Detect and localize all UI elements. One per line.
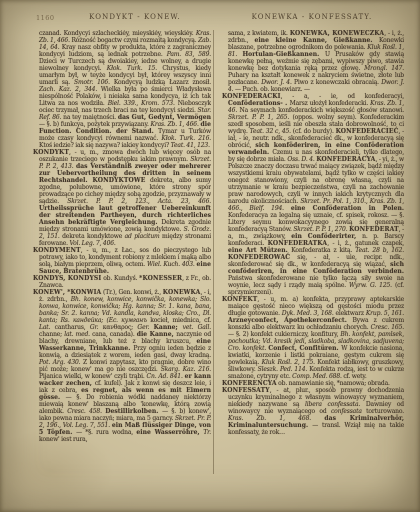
citation: Oss. D. 4. (287, 156, 316, 163)
citation: Dwor. J. 4. (261, 79, 294, 86)
body-text: Na seymach konfederackich większość głos… (239, 107, 404, 114)
citation: Tr. (203, 429, 211, 436)
dictionary-paragraph: KONEW', *KONWIA (Tr.), Gen. konwi, ż., K… (39, 289, 211, 443)
body-text: Konfederatka z kitą. (291, 247, 355, 254)
german-gloss: die Kanne, (137, 331, 177, 338)
citation: Krup. 5, 161. (366, 310, 404, 317)
dictionary-paragraph: KONFERENCYA ob. namawianie się, *namowa;… (228, 380, 404, 387)
body-text: channe; (39, 331, 64, 338)
body-text: Marsz ułożył konfederacki. (290, 100, 370, 107)
citation: Smotr. 106. (74, 79, 114, 86)
body-text: konew' iest rura, (39, 436, 87, 443)
body-text: sama, z kwiatem, ik. (228, 30, 290, 37)
citation: Wiel. Kuch. 403. (147, 261, 197, 268)
headword: KONFERENCYA (222, 380, 277, 387)
citation: Gr. (90, 324, 103, 331)
citation: lat. med. (64, 331, 92, 338)
citation: Wyrw. G. 125. (349, 282, 395, 289)
german-gloss: das Gut, Gedynt, Vermögen (118, 114, 211, 121)
german-gloss: eine Art Mützen. (228, 247, 291, 254)
body-text: Różność bogactw czyni rozmaitą kondycyą. (71, 37, 198, 44)
german-gloss: Arzneyconfect, Apothekerconfect. (228, 317, 353, 324)
headword: KONDYS, KONDYSI (33, 275, 101, 282)
headword: KONFEDERAT (349, 226, 399, 233)
body-text: elektwarz (335, 310, 365, 317)
headword: KONDYKT (33, 149, 69, 156)
citation: Sleszk. Ped. 114. (258, 366, 310, 373)
citation: Kłok. Turk. 216. (161, 135, 211, 142)
citation: Lat. (39, 324, 55, 331)
citation: Teat. 41, 123. (171, 142, 210, 149)
headword: KONFEDEROWAĆ (228, 254, 290, 261)
headword: KONFEDERACIEĆ (336, 128, 399, 135)
german-gloss: eine Conföderation in Polen. (291, 205, 404, 212)
citation: Skrzet. P. P. 1, 270. (293, 226, 349, 233)
citation: Cresc. 165. (371, 324, 404, 331)
citation: Kras. Zb. 1, 466. (151, 121, 201, 128)
citation: Teat. 28 b, 162. (355, 247, 404, 254)
body-text: dekreta kondyktowe (62, 233, 125, 240)
citation: Kłok. Turk. 15. (107, 65, 163, 72)
headword: KONFEDERATKA (268, 240, 328, 247)
page-header: 1160 KONDYKT - KONEW. KONEWKA - KONFESSA… (0, 13, 420, 25)
body-text: Kondycyą ludzką Łazarz znosił. (114, 79, 211, 86)
german-gloss: ein Conföderirter, (291, 233, 362, 240)
german-gloss: Destillirkolben. (105, 408, 162, 415)
dictionary-paragraph: KONDYKT, - u, m., zmowa dwóch lub więcey… (39, 149, 211, 247)
citation: Skrzet. P. P. 1, 265. (228, 114, 292, 121)
citation: Kluk Rośl. 2, 175. (262, 359, 318, 366)
german-gloss: Confect, Confitüren. (268, 345, 341, 352)
german-gloss: eine kleine Kanne, Gießkanne. (254, 37, 379, 44)
dictionary-paragraph: sama, z kwiatem, ik. KONEWKA, KONEWECZKA… (228, 30, 404, 93)
citation: Skarg. Kaz. 216. (161, 366, 211, 373)
body-text: κανθαρος; (103, 324, 138, 331)
german-gloss: Hortulan-Gießkannen. (242, 51, 325, 58)
body-text: ob. namawianie się, *namowa; obrada. (277, 380, 390, 387)
citation: libera confessata. (305, 401, 366, 408)
body-text: , - i, ż., gatunek czapek, (327, 240, 404, 247)
citation: Vol. Leg. 7, 406. (70, 240, 116, 247)
headword: KONFEKT (222, 296, 257, 303)
citation: Teat. 32 c, 45. (250, 128, 293, 135)
citation: Skrzet. P. P. 2, 123., Acta. 23, 466. (67, 198, 211, 205)
citation: Pot. Arg. 430. (39, 359, 83, 366)
headword: KONFEDERACKI (222, 93, 281, 100)
citation: confessata (331, 408, 366, 415)
left-column: czanad. Kondycyi szlacheckiéy, mieyskiéy… (33, 30, 211, 480)
citation: vet. Gall. (183, 324, 211, 331)
headword: KONDYKTOWE (93, 177, 146, 184)
headword: KONEWKA (163, 289, 201, 296)
dictionary-paragraph: KONFEKT, - u, m. a) konfekta, przyprawy … (228, 296, 404, 380)
body-text: — §. b) funkcya, pożytek przywiązany. (39, 121, 151, 128)
citation: Cn. Ad. 841. (147, 373, 185, 380)
citation: Zach. Kaz. 2, 344. (39, 86, 101, 93)
body-text: Pijanica wielki, w konew' czyli trąbi. (39, 373, 147, 380)
body-text: cana, canada). (92, 331, 137, 338)
body-text: kocieł, miednica, cf. (150, 317, 211, 324)
dictionary-paragraph: KONFEDERACKI, - a, - ie, od konfederacyi… (228, 93, 404, 296)
body-text: ob. Kundyś. (101, 275, 139, 282)
page-number: 1160 (36, 14, 55, 22)
body-text: torturowano. (366, 408, 404, 415)
citation: Kras. Zb. 1, 468. (228, 415, 324, 422)
citation: Ger. (137, 324, 153, 331)
body-text: , - a, - ie, od konfederacyi, (281, 93, 404, 100)
citation: Mrongl. 147. (364, 65, 404, 72)
dictionary-paragraph: KONDYMENT, - u, m., z Łac., sos do piecz… (39, 247, 211, 275)
german-gloss: eine Wasserröhre, (136, 429, 203, 436)
citation: Pam. 83, 589. (167, 51, 211, 58)
dictionary-paragraph: KONDYS, KONDYSI ob. Kundyś. *KONESSER, z… (39, 275, 211, 289)
citation: Comp. Med. 688. (292, 373, 343, 380)
body-text: — §. 2) konfekt cukierniczy, konfitury, (228, 331, 340, 338)
running-head-right: KONEWKA - KONFESSATY. (232, 13, 392, 21)
body-text: — Puch. ob. konewiarz. — (235, 86, 310, 93)
headword: *KONESSER (139, 275, 182, 282)
running-head-left: KONDYKT - KONEW. (60, 13, 210, 21)
citation: ad placitum (125, 233, 162, 240)
body-text: (cf. do burdy). (293, 128, 336, 135)
headword: KONEW', *KONWIA (33, 289, 101, 296)
dictionary-paragraph: czanad. Kondycyi szlacheckiéy, mieyskiéy… (39, 30, 211, 149)
body-text: cantharus, (55, 324, 90, 331)
body-text: czanad. Kondycyi szlacheckiéy, mieyskiéy… (39, 30, 196, 37)
headword: KONDYMENT (33, 247, 81, 254)
headword: KONEWKA, KONEWECZKA (290, 30, 384, 37)
column-divider (213, 30, 214, 474)
german-gloss: Conföderations- . (228, 100, 290, 107)
body-text: Ktoś iedzie? iak się nazywa? iakiey kond… (39, 142, 171, 149)
dictionary-paragraph: KONFESSATY, - at, plur., sposób prawny d… (228, 387, 404, 436)
citation: Cresc. 458. (67, 408, 105, 415)
headword: KONFEDERACYA (316, 156, 375, 163)
citation: Biel. 339., Krom. 573. (108, 100, 178, 107)
body-text: (Tr.), Gen. konwi, ż., (101, 289, 162, 296)
right-column: sama, z kwiatem, ik. KONEWKA, KONEWECZKA… (222, 30, 404, 480)
body-text: Piwo z konewczaki obracaią. (294, 79, 381, 86)
headword: KONFESSATY (222, 387, 270, 394)
german-gloss: Kanne; (154, 324, 183, 331)
body-text: cf. wety. (343, 373, 366, 380)
citation: Dyk. Med. 3, 168. (282, 310, 336, 317)
dictionary-page-scan: 1160 KONDYKT - KONEW. KONEWKA - KONFESSA… (0, 0, 420, 512)
body-text: na tey maiętności. (63, 114, 118, 121)
body-text: — *§. rura wodna, (76, 429, 136, 436)
